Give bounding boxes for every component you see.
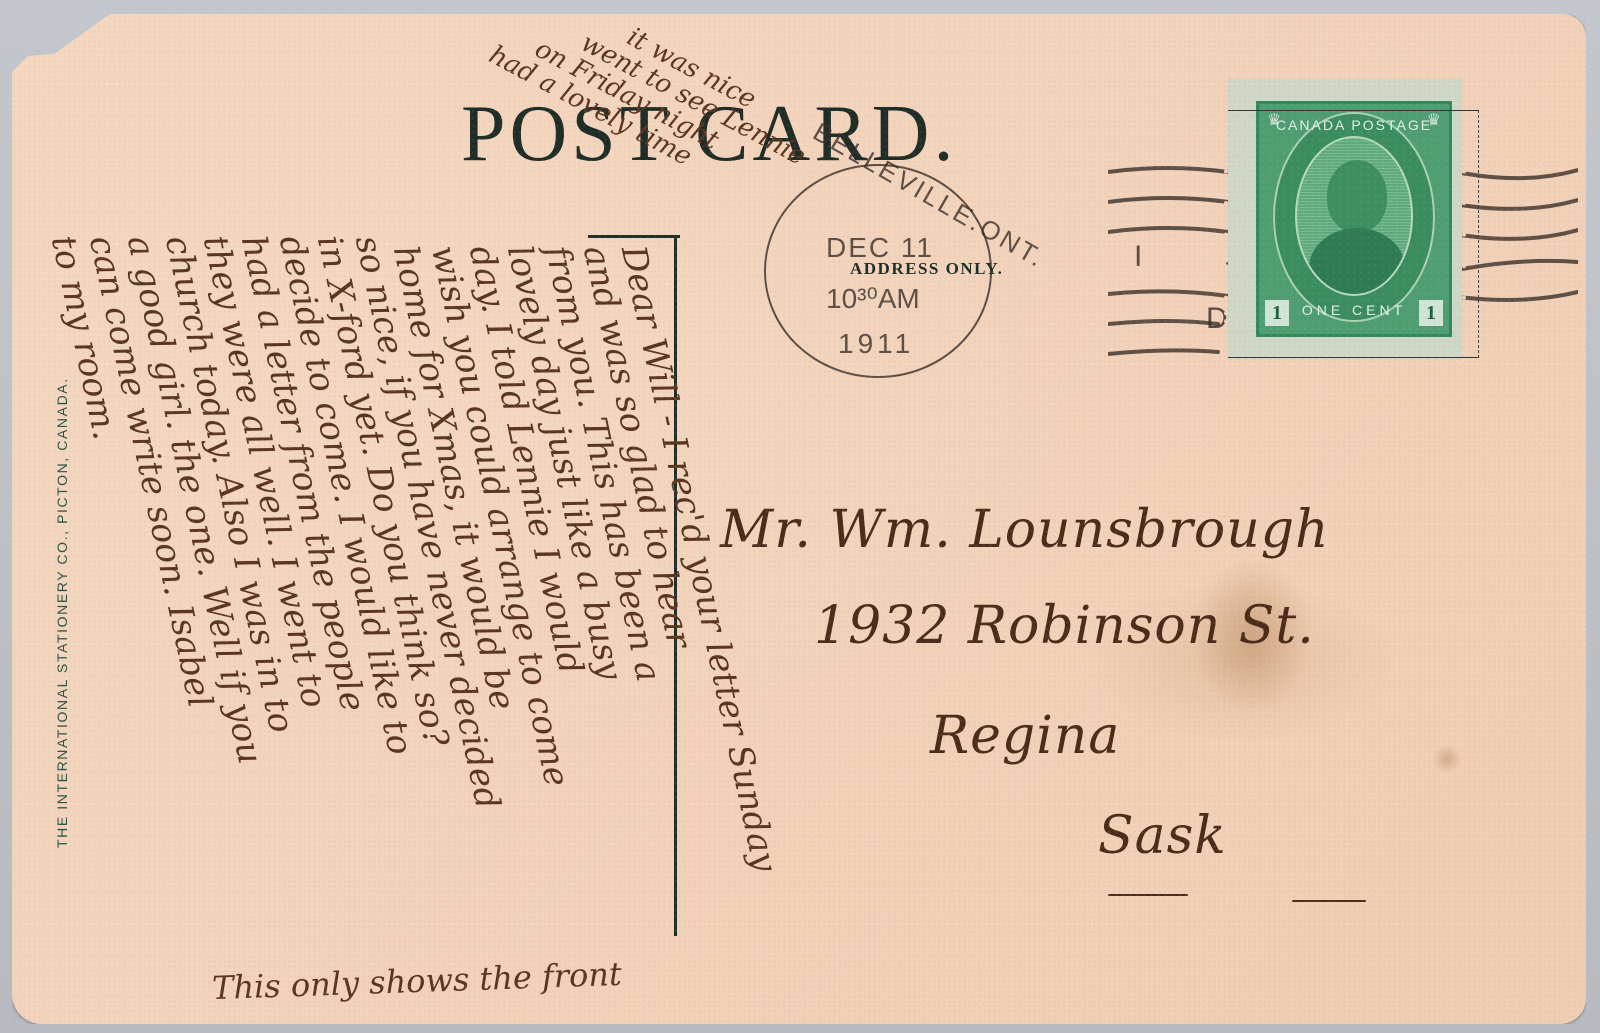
handwritten-message: Dear Will - I rec'd your letter Sundayan… [12, 14, 692, 1024]
address-province: Sask [1098, 806, 1227, 866]
stamp-value-right: 1 [1419, 300, 1443, 326]
bottom-note: This only shows the front [211, 955, 622, 1007]
address-city: Regina [930, 706, 1120, 766]
address-name: Mr. Wm. Lounsbrough [720, 500, 1329, 560]
postage-stamp: ♛ ♛ CANADA POSTAGE ONE CENT 1 1 [1228, 79, 1462, 359]
postcard-back: POST CARD. ADDRESS ONLY. THE INTERNATION… [12, 14, 1586, 1024]
address-street: 1932 Robinson St. [814, 596, 1315, 656]
rust-spot [1432, 744, 1462, 774]
underline-stroke [1108, 894, 1188, 896]
machine-mark-1: I [1134, 240, 1142, 274]
king-portrait-icon [1295, 136, 1413, 296]
postmark-time: 10³⁰AM [826, 282, 920, 315]
stamp-oval: CANADA POSTAGE ONE CENT [1273, 112, 1435, 322]
postmark-date: DEC 11 [826, 232, 934, 264]
stamp-value-left: 1 [1265, 300, 1289, 326]
stamp-frame: ♛ ♛ CANADA POSTAGE ONE CENT 1 1 [1256, 101, 1452, 337]
postmark-year: 1911 [838, 328, 914, 360]
postmark-circle: BELLEVILLE.ONT. DEC 11 10³⁰AM 1911 [764, 164, 992, 378]
stamp-country-text: CANADA POSTAGE [1275, 117, 1433, 133]
underline-stroke [1292, 900, 1366, 902]
photo-background: POST CARD. ADDRESS ONLY. THE INTERNATION… [0, 0, 1600, 1033]
stamp-denomination-text: ONE CENT [1275, 302, 1433, 318]
